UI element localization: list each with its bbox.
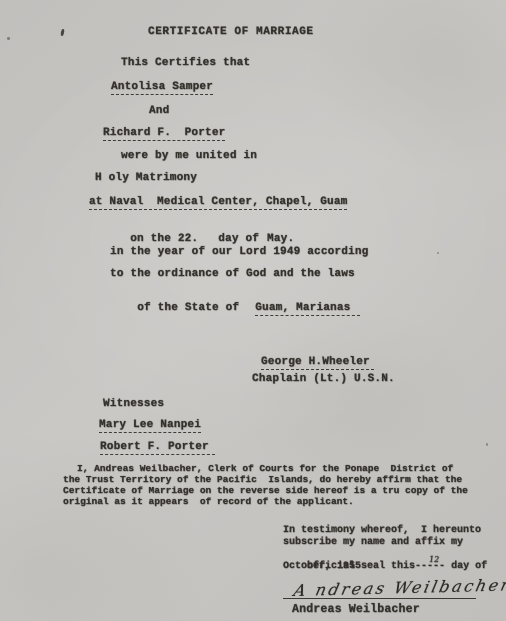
date-prefix: on the 22. — [130, 233, 198, 245]
officiant-title: Chaplain (Lt.) U.S.N. — [252, 373, 395, 385]
testimony-seal-post: day of — [445, 561, 487, 572]
officiant-name-text: George H.Wheeler — [261, 356, 374, 370]
affirmation-line: I, Andreas Weilbacher, Clerk of Courts f… — [63, 463, 453, 474]
location-line-text: at Naval Medical Center, Chapel, Guam — [89, 196, 347, 210]
united-line: were by me united in — [121, 150, 257, 162]
signature-rule — [283, 598, 476, 599]
bride-name: Antolisa Samper — [111, 81, 213, 93]
affirmation-line: original as it appears of record of the … — [63, 496, 354, 507]
handwritten-day-number: 12 — [429, 554, 439, 566]
testimony-line: subscribe my name and affix my — [283, 537, 463, 549]
state-prefix: of the State of — [137, 302, 239, 314]
and-label: And — [149, 105, 169, 117]
groom-name-text: Richard F. Porter — [103, 127, 225, 141]
date-month: May. — [267, 233, 294, 245]
bride-name-text: Antolisa Samper — [111, 81, 213, 95]
state-line: of the State ofGuam, Marianas — [110, 290, 360, 326]
testimony-line: In testimony whereof, I hereunto — [283, 525, 481, 537]
ink-speck — [60, 29, 64, 36]
witness-name-text: Robert F. Porter — [100, 441, 215, 455]
clerk-name-typed: Andreas Weilbacher — [292, 603, 420, 616]
state-value: Guam, Marianas — [255, 302, 360, 316]
ordinance-line: to the ordinance of God and the laws — [110, 268, 355, 280]
testimony-line: October, 1955 — [283, 561, 361, 573]
testimony-day-dashes: ---12 — [427, 561, 445, 573]
affirmation-line: Certificate of Marriage on the reverse s… — [63, 485, 468, 496]
witnesses-label: Witnesses — [103, 398, 164, 410]
ink-speck — [486, 443, 488, 446]
location-line: at Naval Medical Center, Chapel, Guam — [89, 196, 347, 208]
certifies-line: This Certifies that — [121, 57, 250, 69]
year-line: in the year of our Lord 1949 according — [110, 246, 368, 258]
groom-name: Richard F. Porter — [103, 127, 225, 139]
officiant-name: George H.Wheeler — [261, 356, 374, 368]
date-mid: day of — [218, 233, 259, 245]
witness-name: Mary Lee Nanpei — [99, 419, 201, 431]
ink-speck — [7, 37, 10, 40]
witness-name: Robert F. Porter — [100, 441, 215, 453]
affirmation-line: the Trust Territory of the Pacific Islan… — [63, 474, 462, 485]
document-title: CERTIFICATE OF MARRIAGE — [148, 26, 314, 38]
ink-speck — [437, 252, 439, 254]
matrimony-line: H oly Matrimony — [95, 172, 197, 184]
scanned-certificate-page: CERTIFICATE OF MARRIAGE This Certifies t… — [0, 0, 506, 621]
witness-name-text: Mary Lee Nanpei — [99, 419, 201, 433]
